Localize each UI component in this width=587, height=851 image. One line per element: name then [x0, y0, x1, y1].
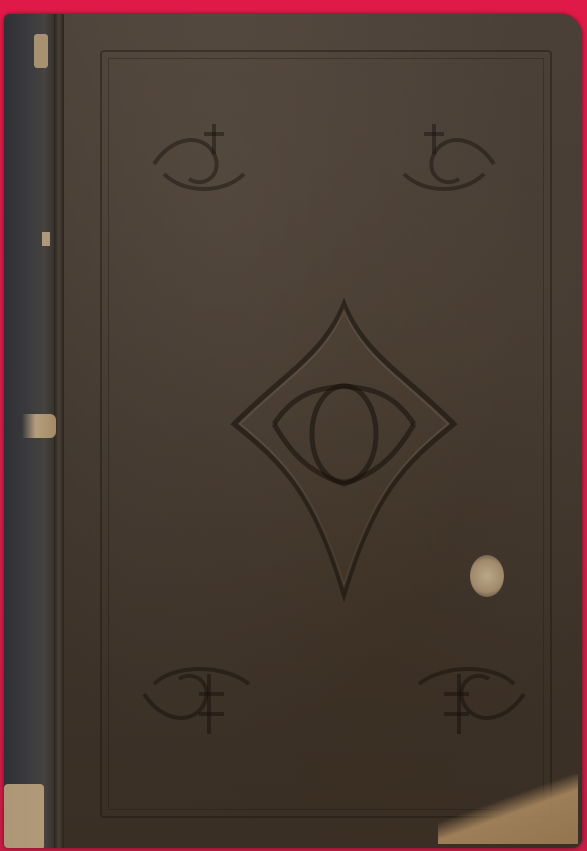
book	[4, 14, 582, 848]
center-medallion-icon	[214, 294, 474, 604]
stain-spot	[470, 555, 504, 597]
corner-ornament-bl-icon	[134, 654, 264, 744]
worn-corner-top-left	[34, 34, 48, 68]
corner-ornament-br-icon	[404, 654, 534, 744]
spine-tear	[22, 414, 56, 438]
worn-corner-bottom-right	[438, 774, 578, 844]
corner-ornament-tr-icon	[394, 114, 504, 204]
worn-corner-bottom-left	[4, 784, 44, 848]
spine-wear-mark	[42, 232, 50, 246]
front-cover	[64, 14, 582, 848]
corner-ornament-tl-icon	[144, 114, 254, 204]
